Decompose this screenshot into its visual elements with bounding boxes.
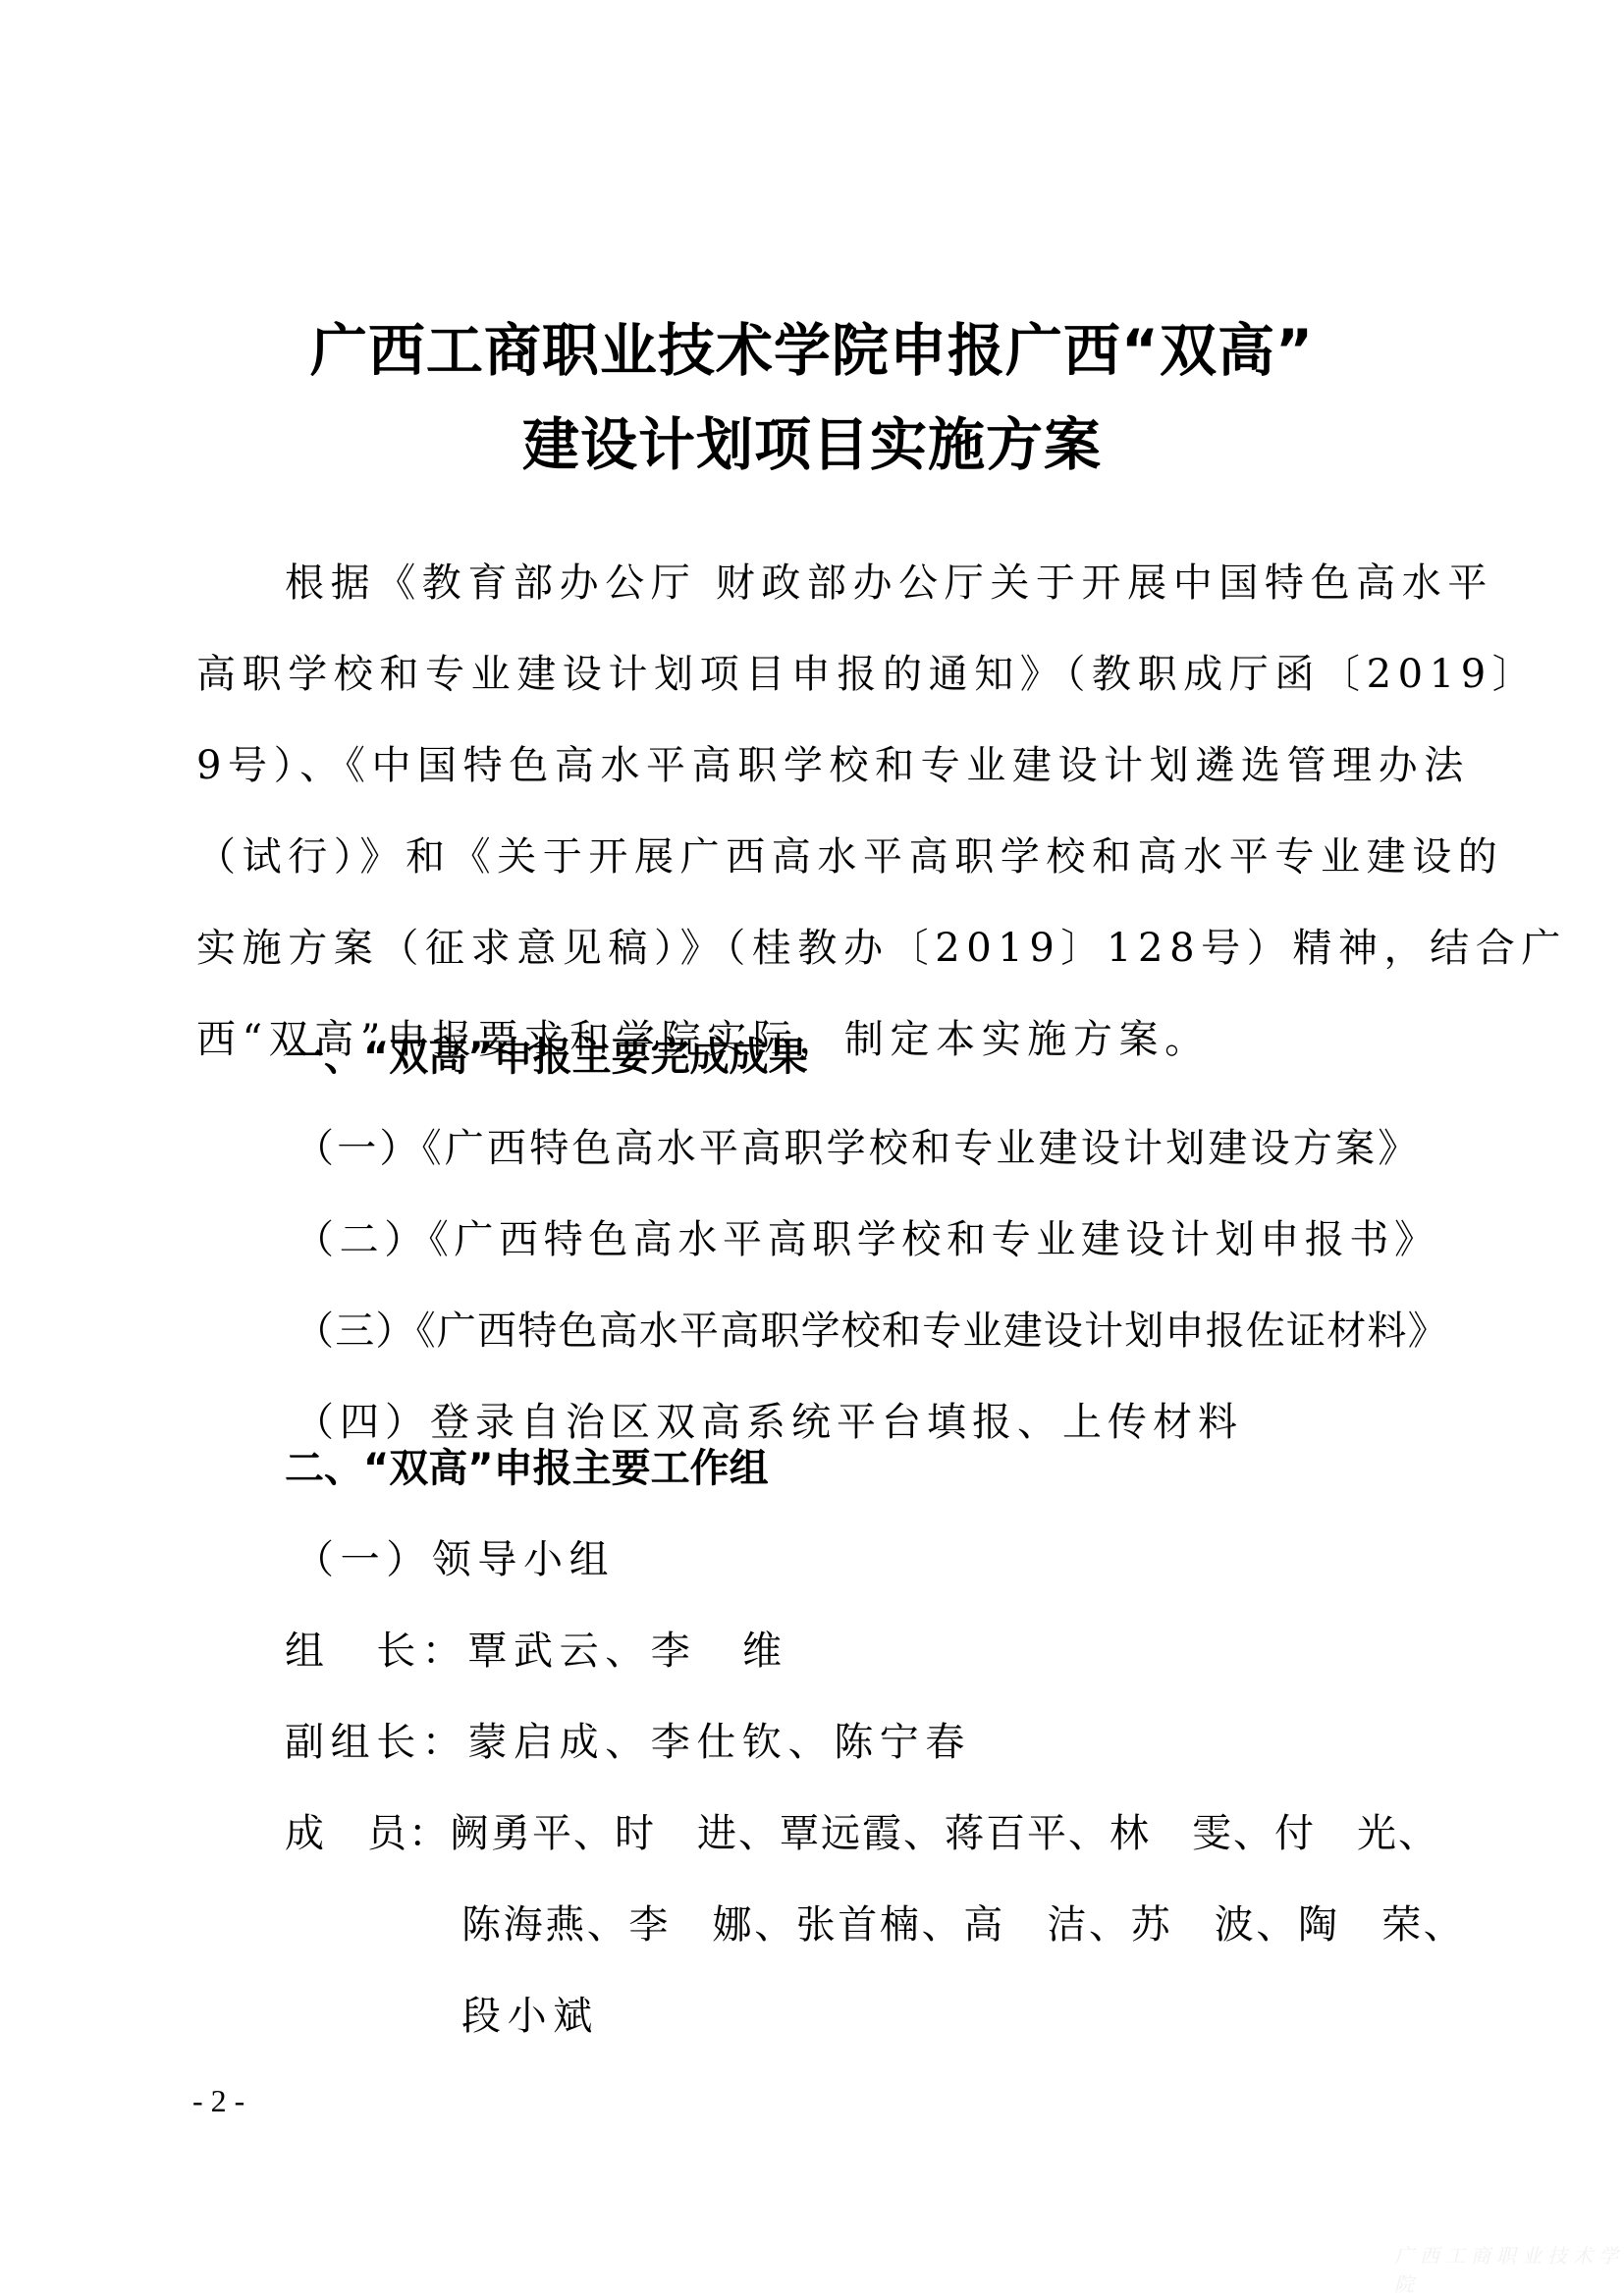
intro-paragraph-line: 高职学校和专业建设计划项目申报的通知》（教职成厅函〔2019〕: [196, 651, 1441, 698]
section-1-item: （三）《广西特色高水平高职学校和专业建设计划申报佐证材料》: [295, 1308, 1540, 1355]
section-1-item: （一）《广西特色高水平高职学校和专业建设计划建设方案》: [295, 1125, 1540, 1172]
section-1-item: （四）登录自治区双高系统平台填报、上传材料: [295, 1399, 1540, 1446]
intro-paragraph-line: （试行）》和《关于开展广西高水平高职学校和高水平专业建设的: [196, 833, 1441, 881]
members-line: 陈海燕、李 娜、张首楠、高 洁、苏 波、陶 荣、: [461, 1901, 1624, 1949]
document-title-line-2: 建设计划项目实施方案: [0, 410, 1624, 479]
section-2-subheading: （一）领导小组: [295, 1536, 1540, 1583]
intro-paragraph-line: 实施方案（征求意见稿）》（桂教办〔2019〕128号）精神，结合广: [196, 925, 1441, 972]
members-line: 成 员：阙勇平、时 进、覃远霞、蒋百平、林 雯、付 光、: [285, 1810, 1530, 1857]
document-title-line-1: 广西工商职业技术学院申报广西“双高”: [0, 316, 1624, 385]
members-line: 段小斌: [461, 1993, 1624, 2040]
page-number: - 2 -: [192, 2083, 244, 2119]
leader-line: 组 长：覃武云、李 维: [285, 1628, 1530, 1675]
watermark: 广西工商职业技术学院: [1394, 2240, 1624, 2296]
section-2-heading: 二、“双高”申报主要工作组: [285, 1445, 1530, 1492]
intro-paragraph-line: 根据《教育部办公厅 财政部办公厅关于开展中国特色高水平: [285, 560, 1441, 607]
section-1-item: （二）《广西特色高水平高职学校和专业建设计划申报书》: [295, 1216, 1540, 1263]
deputy-leader-line: 副组长：蒙启成、李仕钦、陈宁春: [285, 1719, 1530, 1766]
intro-paragraph-line: 9号）、《中国特色高水平高职学校和专业建设计划遴选管理办法: [196, 742, 1441, 789]
section-1-heading: 一、“双高”申报主要完成成果: [285, 1034, 1530, 1081]
